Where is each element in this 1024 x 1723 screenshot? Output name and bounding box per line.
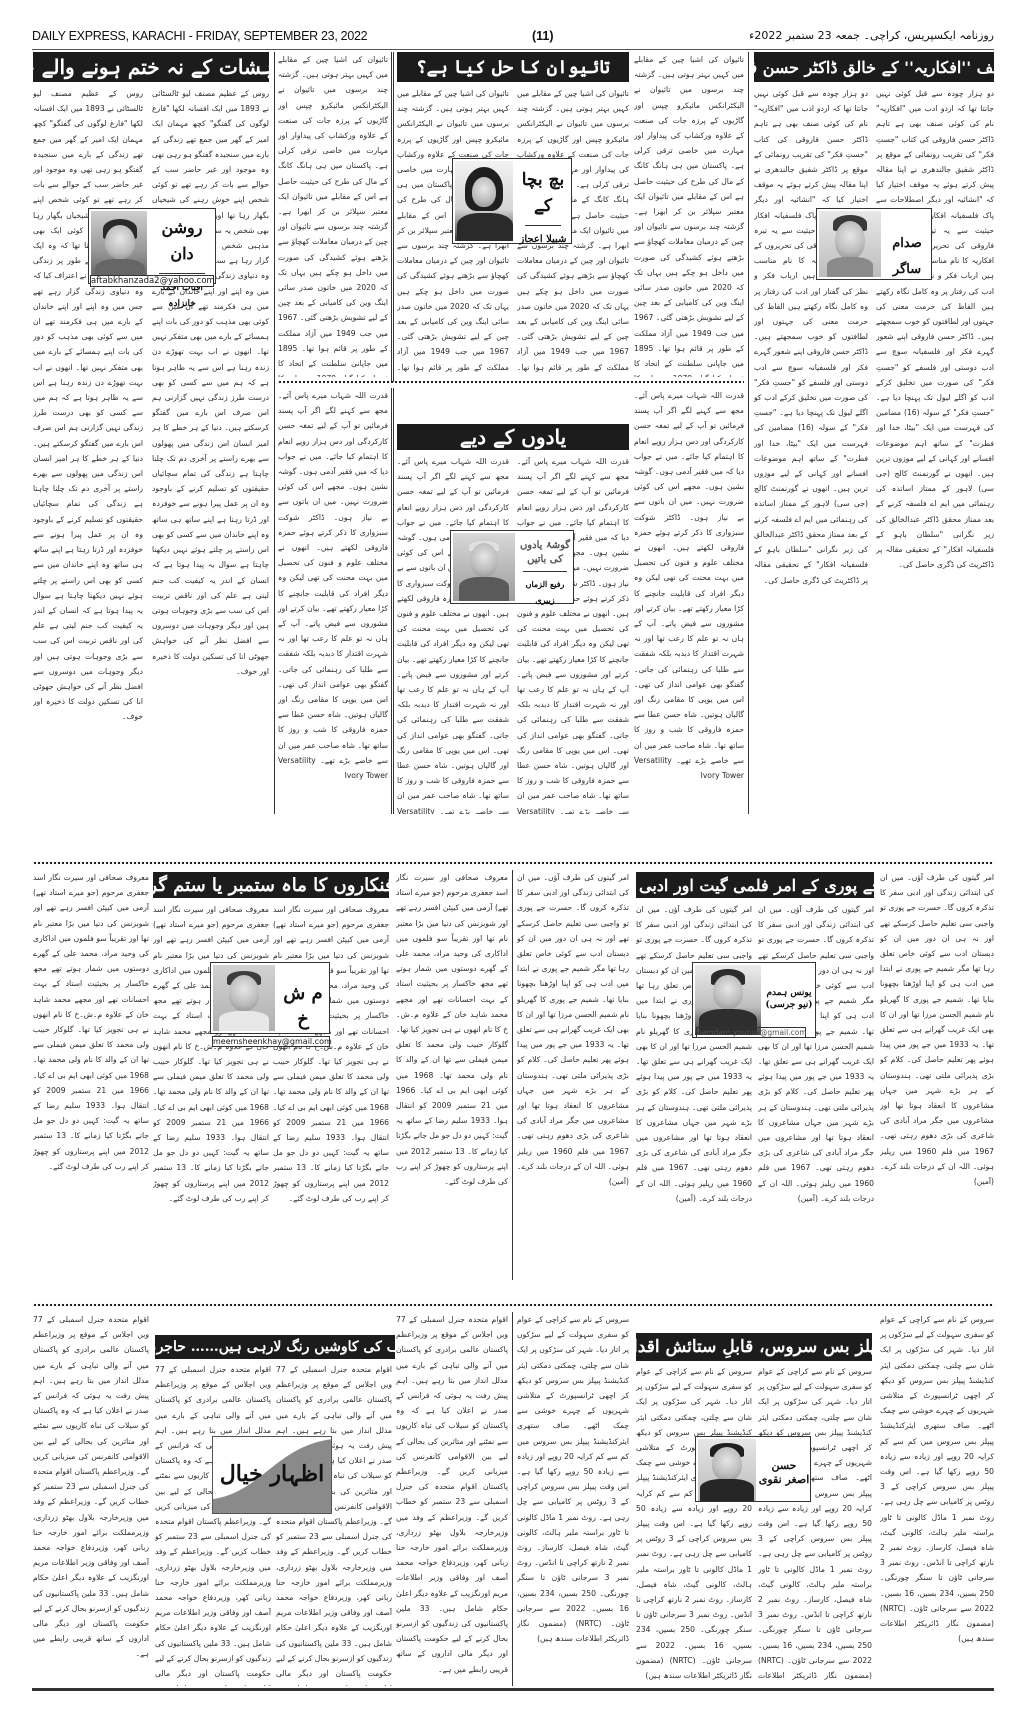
headline-text: نئی صنف ''افکاریہ'' کے خالق ڈاکٹر حسن فا…: [754, 58, 994, 77]
article-body-shehbaz-col0: اقوام متحدہ جنرل اسمبلی کے 77 ویں اجلاس …: [33, 1312, 149, 1686]
column-name-block: صدام ساگر: [883, 231, 931, 283]
column-name-block: یونس ہمدم (نیو جرسی): [763, 987, 815, 1011]
author-photo: [453, 533, 515, 601]
article-body-yadon-col1: قدرت اللہ شہاب میرے پاس آئے۔ مجھ سے کہنے…: [397, 454, 509, 814]
section-separator: [33, 1303, 994, 1307]
body-text: تائیوان کی اشیا چین کے مقابلے میں کہیں ب…: [278, 52, 388, 377]
article-body-shamim-col3: امر گیتوں کی طرف آؤں۔ میں ان کی ابتدائی …: [880, 870, 994, 1280]
headline-shamim-jaipuri: شمیم جے پوری کے امر فلمی گیت اور ادبی شا…: [636, 872, 874, 898]
column-name: بچ بچا کے: [515, 167, 571, 219]
body-text: معروف صحافی اور سیرت نگار اسد جعفری مرحو…: [396, 870, 508, 1189]
body-text: اقوام متحدہ جنرل اسمبلی کے 77 ویں اجلاس …: [276, 1362, 392, 1686]
body-text: اقوام متحدہ جنرل اسمبلی کے 77 ویں اجلاس …: [396, 1312, 508, 1677]
body-text: دو ہزار چودہ سے قبل کوئی نہیں جانتا تھا …: [876, 86, 994, 573]
byline-box-saddam-sagar: صدام ساگر: [816, 208, 932, 280]
article-body-yadon-col3: قدرت اللہ شہاب میرے پاس آئے۔ مجھ سے کہنے…: [634, 388, 744, 814]
article-body-shehbaz-col1: اقوام متحدہ جنرل اسمبلی کے 77 ویں اجلاس …: [155, 1362, 271, 1686]
headline-text: شمیم جے پوری کے امر فلمی گیت اور ادبی شا…: [636, 876, 874, 895]
author-email[interactable]: aftabkhanzada2@yahoo.com: [90, 275, 214, 287]
body-text: سروس کے نام سے کراچی کے عوام کو سفری سہو…: [758, 1364, 872, 1686]
izhar-e-khayal-logo-box: اظہار خیال: [212, 1436, 332, 1514]
masthead-rule: [32, 49, 994, 50]
article-body-fankaron-col0: معروف صحافی اور سیرت نگار اسد جعفری مرحو…: [33, 870, 149, 1280]
body-text: روس کے عظیم مصنف لیو ٹالسٹائی نے 1893 می…: [152, 86, 269, 679]
article-body-shamim-col2: امر گیتوں کی طرف آؤں۔ میں ان کی ابتدائی …: [758, 902, 874, 1280]
body-text: معروف صحافی اور سیرت نگار اسد جعفری مرحو…: [153, 902, 269, 1206]
body-text: امر گیتوں کی طرف آؤں۔ میں ان کی ابتدائی …: [517, 870, 629, 1189]
body-text: تائیوان کی اشیا چین کے مقابلے میں کہیں ب…: [634, 52, 744, 377]
body-text: معروف صحافی اور سیرت نگار اسد جعفری مرحو…: [33, 870, 149, 1174]
column-rule: [512, 1312, 513, 1686]
body-text: سروس کے نام سے کراچی کے عوام کو سفری سہو…: [517, 1312, 629, 1646]
section-separator: [278, 380, 744, 384]
headline-peoples-bus: پیپلز بس سروس، قابلِ ستائش اقدام: [636, 1333, 872, 1361]
author-name: رفیع الزماں زبیری: [517, 576, 573, 608]
author-name: صدام ساگر: [883, 231, 931, 283]
byline-box-meem-sheen-khay: م ش خ: [210, 962, 330, 1034]
article-body-fankaron-col2: معروف صحافی اور سیرت نگار اسد جعفری مرحو…: [273, 902, 389, 1280]
author-email[interactable]: meemsheenkhay@gmail.com: [212, 1036, 330, 1047]
article-body-peoples-bus-col1: سروس کے نام سے کراچی کے عوام کو سفری سہو…: [636, 1364, 752, 1686]
column-rule: [274, 52, 275, 814]
author-photo: [695, 965, 761, 1035]
article-body-nai-sinf-col2: دو ہزار چودہ سے قبل کوئی نہیں جانتا تھا …: [876, 86, 994, 814]
headline-text: فنکاروں کا ماہ ستمبر یا ستم گر: [153, 875, 389, 896]
headline-text: پیپلز بس سروس، قابلِ ستائش اقدام: [636, 1337, 872, 1357]
column-name: گوشۂ یادوں کی باتیں: [517, 539, 573, 567]
body-text: اقوام متحدہ جنرل اسمبلی کے 77 ویں اجلاس …: [33, 1312, 149, 1662]
article-body-shehbaz-col3: اقوام متحدہ جنرل اسمبلی کے 77 ویں اجلاس …: [396, 1312, 508, 1686]
author-name: م ش خ: [277, 981, 329, 1033]
headline-fankaron-ka-mah: فنکاروں کا ماہ ستمبر یا ستم گر: [153, 872, 389, 898]
author-photo: [213, 965, 275, 1031]
article-body-shamim-col1: امر گیتوں کی طرف آؤں۔ میں ان کی ابتدائی …: [636, 902, 752, 1280]
body-text: سروس کے نام سے کراچی کے عوام کو سفری سہو…: [880, 1312, 994, 1646]
headline-text: تائیوان کا حل کیا ہے؟: [416, 57, 610, 78]
body-text: معروف صحافی اور سیرت نگار اسد جعفری مرحو…: [273, 902, 389, 1206]
byline-box-yadon-ki-baatein: گوشۂ یادوں کی باتیں رفیع الزماں زبیری: [450, 530, 574, 604]
article-body-khwahishat-col2: روس کے عظیم مصنف لیو ٹالسٹائی نے 1893 می…: [152, 86, 269, 814]
headline-text: شہباز شریف کی کاوشیں رنگ لارہی ہیں…… حاج…: [155, 1339, 395, 1355]
article-body-fankaron-col1: معروف صحافی اور سیرت نگار اسد جعفری مرحو…: [153, 902, 269, 1280]
article-body-shehbaz-col2: اقوام متحدہ جنرل اسمبلی کے 77 ویں اجلاس …: [276, 1362, 392, 1686]
column-name-block: گوشۂ یادوں کی باتیں رفیع الزماں زبیری: [517, 539, 573, 608]
column-name-block: حسن اصغر نقوی: [758, 1459, 810, 1487]
masthead-english-dateline: DAILY EXPRESS, KARACHI - FRIDAY, SEPTEMB…: [32, 29, 367, 43]
body-text: قدرت اللہ شہاب میرے پاس آئے۔ مجھ سے کہنے…: [397, 454, 509, 814]
body-text: قدرت اللہ شہاب میرے پاس آئے۔ مجھ سے کہنے…: [634, 388, 744, 783]
byline-box-hasan-asghar-naqvi: حسن اصغر نقوی: [695, 1436, 811, 1502]
author-photo: [91, 211, 147, 281]
headline-text: یادوں کے دیے: [460, 425, 566, 449]
body-text: قدرت اللہ شہاب میرے پاس آئے۔ مجھ سے کہنے…: [278, 388, 388, 783]
article-body-peoples-bus-col2: سروس کے نام سے کراچی کے عوام کو سفری سہو…: [758, 1364, 872, 1686]
masthead: DAILY EXPRESS, KARACHI - FRIDAY, SEPTEMB…: [32, 27, 994, 49]
article-body-fankaron-col3: معروف صحافی اور سیرت نگار اسد جعفری مرحو…: [396, 870, 508, 1280]
logo-label: اظہار خیال: [213, 1461, 331, 1487]
author-name: شبیلا اعجاز: [515, 232, 571, 248]
headline-taiwan: تائیوان کا حل کیا ہے؟: [397, 52, 629, 82]
article-body-peoples-bus-col3: سروس کے نام سے کراچی کے عوام کو سفری سہو…: [880, 1312, 994, 1686]
article-body-taiwan-col0: تائیوان کی اشیا چین کے مقابلے میں کہیں ب…: [278, 52, 388, 377]
article-body-nai-sinf-col1: دو ہزار چودہ سے قبل کوئی نہیں جانتا تھا …: [754, 86, 868, 814]
column-name: روشن دان: [149, 215, 215, 267]
article-body-yadon-col2: قدرت اللہ شہاب میرے پاس آئے۔ مجھ سے کہنے…: [517, 454, 629, 814]
body-text: اقوام متحدہ جنرل اسمبلی کے 77 ویں اجلاس …: [155, 1362, 271, 1686]
author-photo: [819, 211, 881, 277]
column-rule-double: [391, 52, 394, 382]
column-rule: [512, 870, 513, 1280]
body-text: امر گیتوں کی طرف آؤں۔ میں ان کی ابتدائی …: [880, 870, 994, 1189]
body-text: امر گیتوں کی طرف آؤں۔ میں ان کی ابتدائی …: [758, 902, 874, 1206]
headline-khwahishat: خواہشات کے نہ ختم ہونے والے چکر: [33, 52, 269, 82]
article-body-taiwan-col3: تائیوان کی اشیا چین کے مقابلے میں کہیں ب…: [634, 52, 744, 377]
body-text: قدرت اللہ شہاب میرے پاس آئے۔ مجھ سے کہنے…: [517, 454, 629, 814]
body-text: سروس کے نام سے کراچی کے عوام کو سفری سہو…: [636, 1364, 752, 1683]
body-text: روس کے عظیم مصنف لیو ٹالسٹائی نے 1893 می…: [33, 86, 143, 725]
page-number: (11): [532, 29, 554, 43]
masthead-urdu-dateline: روزنامہ ایکسپریس، کراچی۔ جمعہ 23 ستمبر 2…: [749, 29, 994, 42]
section-separator: [33, 861, 994, 865]
article-body-yadon-col0: قدرت اللہ شہاب میرے پاس آئے۔ مجھ سے کہنے…: [278, 388, 388, 814]
headline-yadon-ke-diye: یادوں کے دیے: [397, 424, 629, 450]
byline-box-roshan-dan: روشن دان آفتاب احمد خانزادہ: [88, 208, 216, 284]
article-body-shamim-col0: امر گیتوں کی طرف آؤں۔ میں ان کی ابتدائی …: [517, 870, 629, 1280]
column-rule-double: [391, 388, 394, 814]
author-email[interactable]: hamdam.younus@gmail.com: [696, 1027, 806, 1038]
author-photo: [455, 161, 513, 241]
headline-text: خواہشات کے نہ ختم ہونے والے چکر: [33, 55, 269, 79]
body-text: امر گیتوں کی طرف آؤں۔ میں ان کی ابتدائی …: [636, 902, 752, 1206]
author-name: حسن اصغر نقوی: [758, 1459, 810, 1487]
column-name-block: روشن دان آفتاب احمد خانزادہ: [149, 215, 215, 312]
author-photo: [698, 1439, 756, 1501]
byline-box-bach-bacha-ke: بچ بچا کے شبیلا اعجاز: [452, 158, 572, 244]
newspaper-page: DAILY EXPRESS, KARACHI - FRIDAY, SEPTEMB…: [0, 0, 1024, 1723]
column-rule: [748, 52, 749, 814]
headline-nai-sinf: نئی صنف ''افکاریہ'' کے خالق ڈاکٹر حسن فا…: [754, 52, 994, 82]
page-bottom-rule: [32, 1688, 994, 1691]
article-body-khwahishat-col1: روس کے عظیم مصنف لیو ٹالسٹائی نے 1893 می…: [33, 86, 143, 814]
column-name-block: م ش خ: [277, 981, 329, 1033]
column-name-block: بچ بچا کے شبیلا اعجاز: [515, 167, 571, 248]
headline-shehbaz-sharif: شہباز شریف کی کاوشیں رنگ لارہی ہیں…… حاج…: [155, 1335, 395, 1359]
body-text: دو ہزار چودہ سے قبل کوئی نہیں جانتا تھا …: [754, 86, 868, 588]
article-body-peoples-bus-col0: سروس کے نام سے کراچی کے عوام کو سفری سہو…: [517, 1312, 629, 1686]
author-name: یونس ہمدم (نیو جرسی): [763, 987, 815, 1011]
